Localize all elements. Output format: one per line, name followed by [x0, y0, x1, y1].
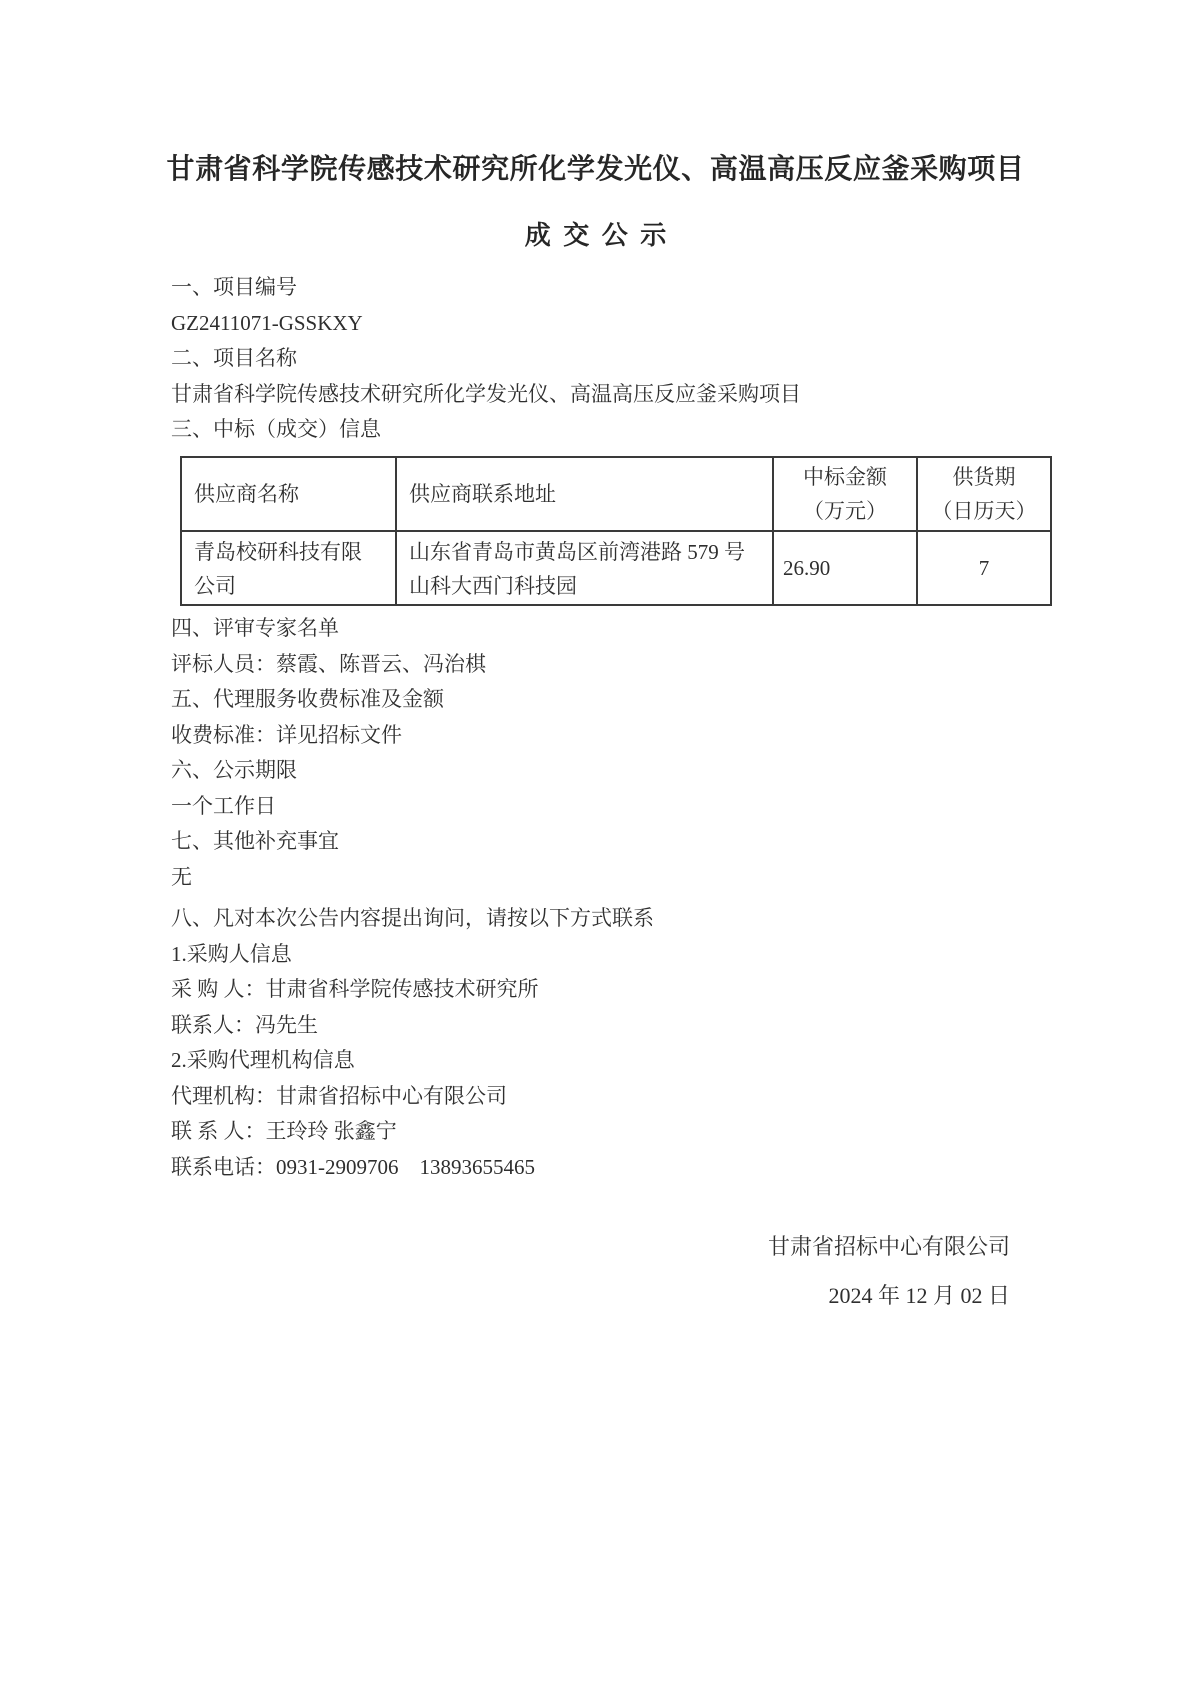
section5-heading: 五、代理服务收费标准及金额 — [171, 682, 1041, 718]
col-header-delivery-period: 供货期 （日历天） — [917, 457, 1051, 531]
section7-heading: 七、其他补充事宜 — [171, 824, 1041, 860]
publicity-period-value: 一个工作日 — [171, 789, 1041, 825]
section6-heading: 六、公示期限 — [171, 753, 1041, 789]
cell-award-amount: 26.90 — [773, 531, 917, 605]
evaluators-value: 评标人员：蔡霞、陈晋云、冯治棋 — [171, 647, 1041, 683]
signature-company: 甘肃省招标中心有限公司 — [768, 1222, 1010, 1271]
purchaser-value: 采 购 人：甘肃省科学院传感技术研究所 — [171, 972, 1041, 1008]
purchaser-heading: 1.采购人信息 — [171, 937, 1041, 973]
agency-contacts-value: 联 系 人：王玲玲 张鑫宁 — [171, 1114, 1041, 1150]
col-header-supplier-address: 供应商联系地址 — [396, 457, 773, 531]
table-header-row: 供应商名称 供应商联系地址 中标金额 （万元） 供货期 （日历天） — [181, 457, 1051, 531]
document-title: 甘肃省科学院传感技术研究所化学发光仪、高温高压反应釜采购项目 — [0, 150, 1191, 190]
purchaser-contact-value: 联系人：冯先生 — [171, 1008, 1041, 1044]
project-number-value: GZ2411071-GSSKXY — [171, 306, 1041, 342]
award-info-table: 供应商名称 供应商联系地址 中标金额 （万元） 供货期 （日历天） 青岛校研科技… — [180, 456, 1052, 606]
cell-delivery-period: 7 — [917, 531, 1051, 605]
section-project-info: 一、项目编号 GZ2411071-GSSKXY 二、项目名称 甘肃省科学院传感技… — [171, 270, 1041, 448]
table-row: 青岛校研科技有限公司 山东省青岛市黄岛区前湾港路 579 号山科大西门科技园 2… — [181, 531, 1051, 605]
section1-heading: 一、项目编号 — [171, 270, 1041, 306]
cell-supplier-address: 山东省青岛市黄岛区前湾港路 579 号山科大西门科技园 — [396, 531, 773, 605]
col-header-supplier-name: 供应商名称 — [181, 457, 396, 531]
document-subtitle: 成 交 公 示 — [0, 219, 1191, 253]
section3-heading: 三、中标（成交）信息 — [171, 412, 1041, 448]
section2-heading: 二、项目名称 — [171, 341, 1041, 377]
agency-value: 代理机构：甘肃省招标中心有限公司 — [171, 1079, 1041, 1115]
section4-heading: 四、评审专家名单 — [171, 611, 1041, 647]
project-name-value: 甘肃省科学院传感技术研究所化学发光仪、高温高压反应釜采购项目 — [171, 377, 1041, 413]
other-matters-value: 无 — [171, 860, 1041, 896]
section-review-and-terms: 四、评审专家名单 评标人员：蔡霞、陈晋云、冯治棋 五、代理服务收费标准及金额 收… — [171, 611, 1041, 895]
cell-supplier-name: 青岛校研科技有限公司 — [181, 531, 396, 605]
document-page: 甘肃省科学院传感技术研究所化学发光仪、高温高压反应釜采购项目 成 交 公 示 一… — [0, 0, 1191, 1684]
signature-block: 甘肃省招标中心有限公司 2024 年 12 月 02 日 — [768, 1222, 1010, 1320]
signature-date: 2024 年 12 月 02 日 — [768, 1271, 1010, 1320]
section-contacts: 八、凡对本次公告内容提出询问，请按以下方式联系 1.采购人信息 采 购 人：甘肃… — [171, 901, 1041, 1185]
fee-standard-value: 收费标准：详见招标文件 — [171, 718, 1041, 754]
section8-heading: 八、凡对本次公告内容提出询问，请按以下方式联系 — [171, 901, 1041, 937]
agency-heading: 2.采购代理机构信息 — [171, 1043, 1041, 1079]
col-header-award-amount: 中标金额 （万元） — [773, 457, 917, 531]
agency-phone-value: 联系电话：0931-2909706 13893655465 — [171, 1150, 1041, 1186]
